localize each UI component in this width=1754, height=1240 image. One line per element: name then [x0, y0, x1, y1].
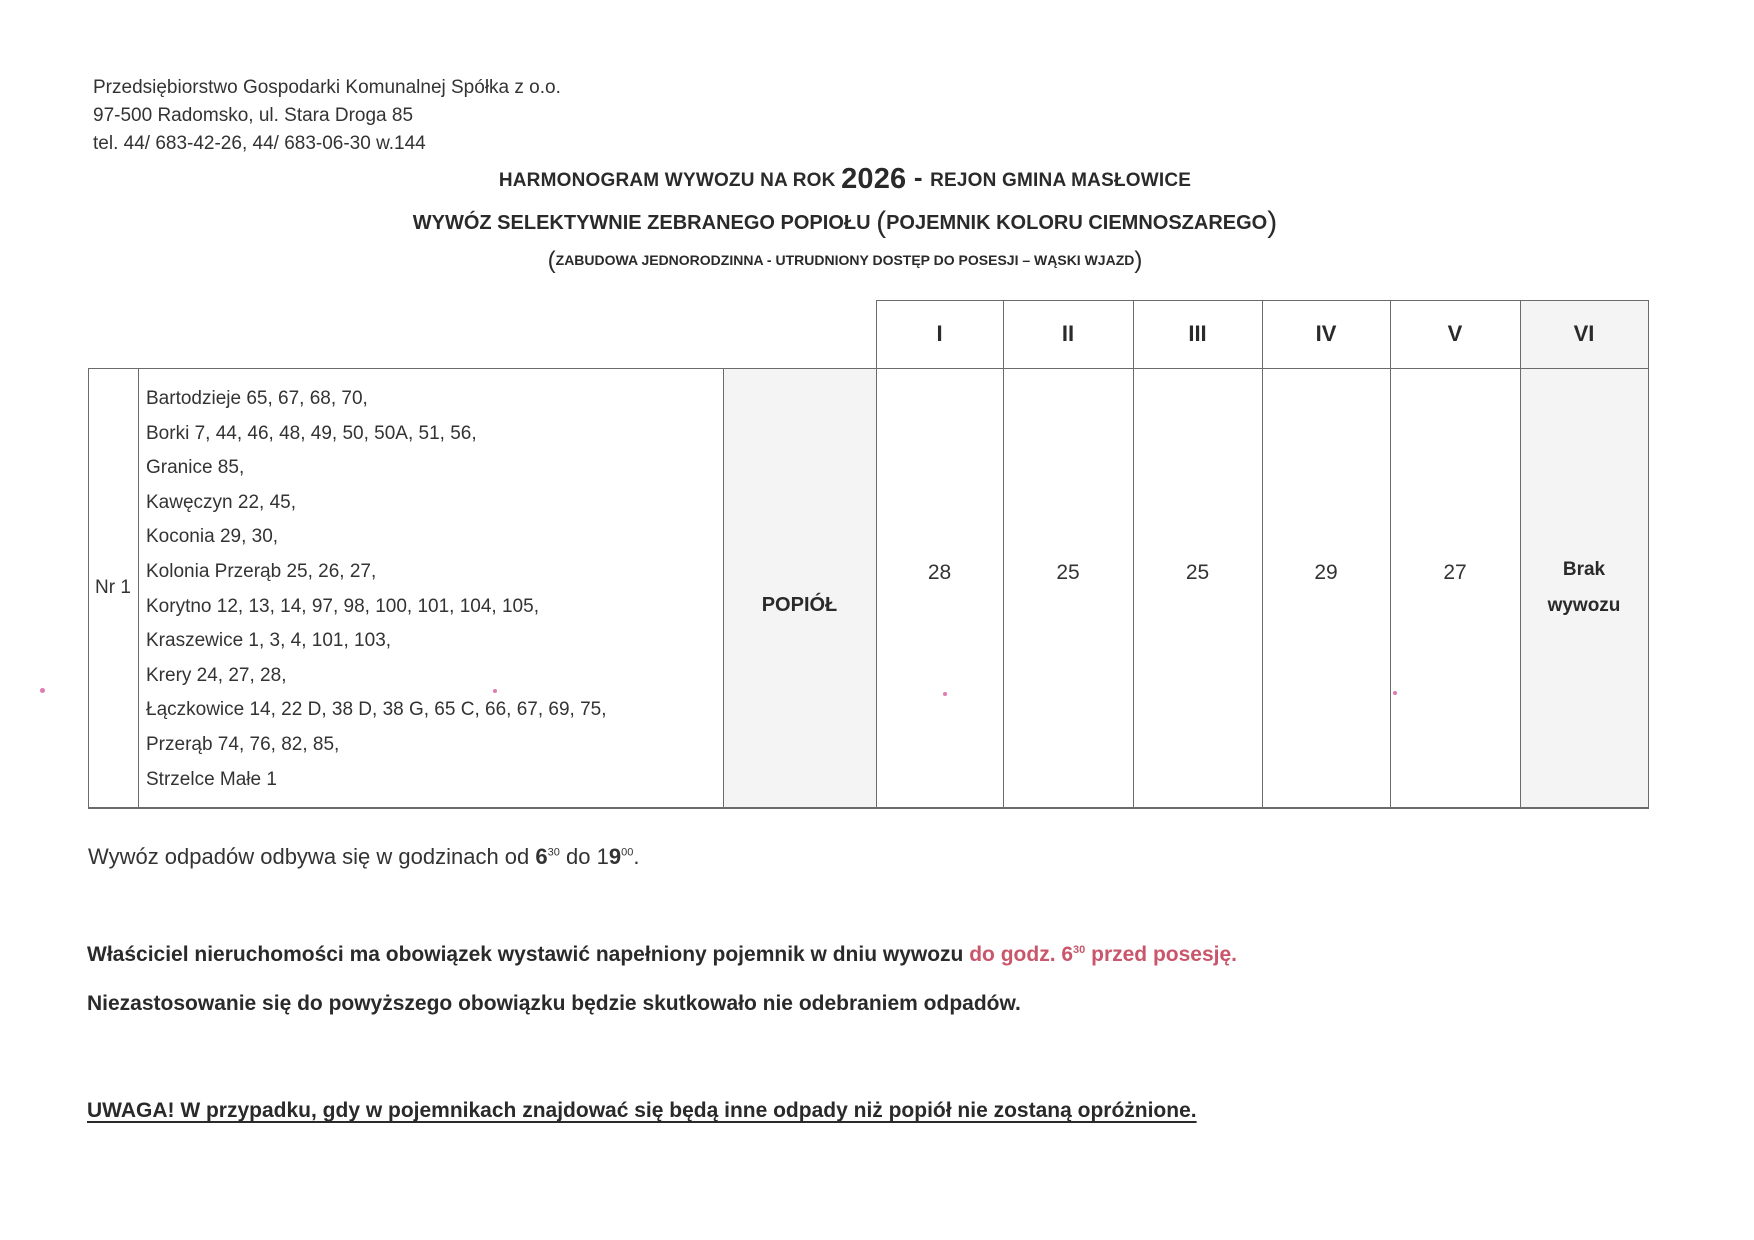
- title-region: REJON GMINA MASŁOWICE: [930, 170, 1191, 191]
- owner-deadline: do godz. 630 przed posesję.: [969, 943, 1237, 966]
- scan-speck: [40, 688, 45, 693]
- address-item: Korytno 12, 13, 14, 97, 98, 100, 101, 10…: [146, 590, 607, 625]
- note-paren-close: ): [1134, 247, 1142, 274]
- pickup-day: 25: [1133, 368, 1262, 807]
- grid-line: [138, 368, 139, 808]
- company-info: Przedsiębiorstwo Gospodarki Komunalnej S…: [93, 74, 561, 158]
- company-name: Przedsiębiorstwo Gospodarki Komunalnej S…: [93, 74, 561, 102]
- hours-from: 6: [535, 844, 547, 869]
- scan-speck: [493, 689, 497, 693]
- hours-prefix: Wywóz odpadów odbywa się w godzinach od: [88, 844, 535, 869]
- pickup-day: 27: [1390, 368, 1520, 807]
- month-header: VI: [1520, 300, 1648, 368]
- owner-obligation-note: Właściciel nieruchomości ma obowiązek wy…: [87, 943, 1237, 967]
- month-header: IV: [1262, 300, 1390, 368]
- note-paren-open: (: [548, 247, 556, 274]
- subtitle-main: WYWÓZ SELEKTYWNIE ZEBRANEGO POPIOŁU: [413, 212, 876, 234]
- address-item: Strzelce Małe 1: [146, 763, 607, 798]
- address-item: Kraszewice 1, 3, 4, 101, 103,: [146, 624, 607, 659]
- company-address: 97-500 Radomsko, ul. Stara Droga 85: [93, 102, 561, 130]
- address-item: Łączkowice 14, 22 D, 38 D, 38 G, 65 C, 6…: [146, 693, 607, 728]
- deadline-suffix: przed posesję.: [1085, 943, 1237, 966]
- month-header: I: [876, 300, 1003, 368]
- address-item: Granice 85,: [146, 451, 607, 486]
- address-item: Koconia 29, 30,: [146, 520, 607, 555]
- pickup-day: 28: [876, 368, 1003, 807]
- hours-end: .: [633, 844, 639, 869]
- subtitle-paren-open: (: [876, 206, 886, 239]
- noncompliance-note: Niezastosowanie się do powyższego obowią…: [87, 992, 1021, 1016]
- subtitle-paren-close: ): [1267, 206, 1277, 239]
- page-note: (ZABUDOWA JEDNORODZINNA - UTRUDNIONY DOS…: [0, 247, 1690, 275]
- address-item: Krery 24, 27, 28,: [146, 659, 607, 694]
- note-text: ZABUDOWA JEDNORODZINNA - UTRUDNIONY DOST…: [556, 252, 1135, 268]
- title-prefix: HARMONOGRAM WYWOZU NA ROK: [499, 170, 841, 191]
- page-subtitle: WYWÓZ SELEKTYWNIE ZEBRANEGO POPIOŁU (POJ…: [0, 206, 1690, 240]
- scan-speck: [1393, 691, 1397, 695]
- grid-line: [1648, 300, 1649, 808]
- title-year: 2026: [841, 163, 906, 195]
- deadline-prefix: do godz. 6: [969, 943, 1073, 966]
- address-item: Kolonia Przerąb 25, 26, 27,: [146, 555, 607, 590]
- address-item: Przerąb 74, 76, 82, 85,: [146, 728, 607, 763]
- address-list: Bartodzieje 65, 67, 68, 70, Borki 7, 44,…: [146, 382, 607, 797]
- month-header: II: [1003, 300, 1133, 368]
- owner-text: Właściciel nieruchomości ma obowiązek wy…: [87, 943, 969, 966]
- no-pickup-line1: Brak: [1563, 552, 1605, 588]
- scan-speck: [943, 692, 947, 696]
- subtitle-container-color: POJEMNIK KOLORU CIEMNOSZAREGO: [886, 212, 1267, 234]
- no-pickup-line2: wywozu: [1548, 588, 1621, 624]
- pickup-hours-note: Wywóz odpadów odbywa się w godzinach od …: [88, 844, 639, 870]
- pickup-day: 25: [1003, 368, 1133, 807]
- hours-to-minutes: 00: [621, 847, 633, 859]
- hours-from-minutes: 30: [548, 847, 560, 859]
- waste-type: POPIÓŁ: [723, 368, 876, 843]
- month-header: III: [1133, 300, 1262, 368]
- address-item: Kawęczyn 22, 45,: [146, 486, 607, 521]
- title-dash: -: [906, 162, 930, 192]
- warning-note: UWAGA! W przypadku, gdy w pojemnikach zn…: [87, 1099, 1197, 1123]
- hours-mid: do 1: [560, 844, 609, 869]
- deadline-minutes: 30: [1073, 944, 1085, 956]
- company-phone: tel. 44/ 683-42-26, 44/ 683-06-30 w.144: [93, 130, 561, 158]
- hours-to: 9: [609, 844, 621, 869]
- month-header: V: [1390, 300, 1520, 368]
- page-title: HARMONOGRAM WYWOZU NA ROK 2026 - REJON G…: [0, 162, 1690, 196]
- no-pickup-cell: Brak wywozu: [1520, 368, 1648, 807]
- route-number: Nr 1: [88, 368, 138, 807]
- address-item: Borki 7, 44, 46, 48, 49, 50, 50A, 51, 56…: [146, 417, 607, 452]
- pickup-day: 29: [1262, 368, 1390, 807]
- address-item: Bartodzieje 65, 67, 68, 70,: [146, 382, 607, 417]
